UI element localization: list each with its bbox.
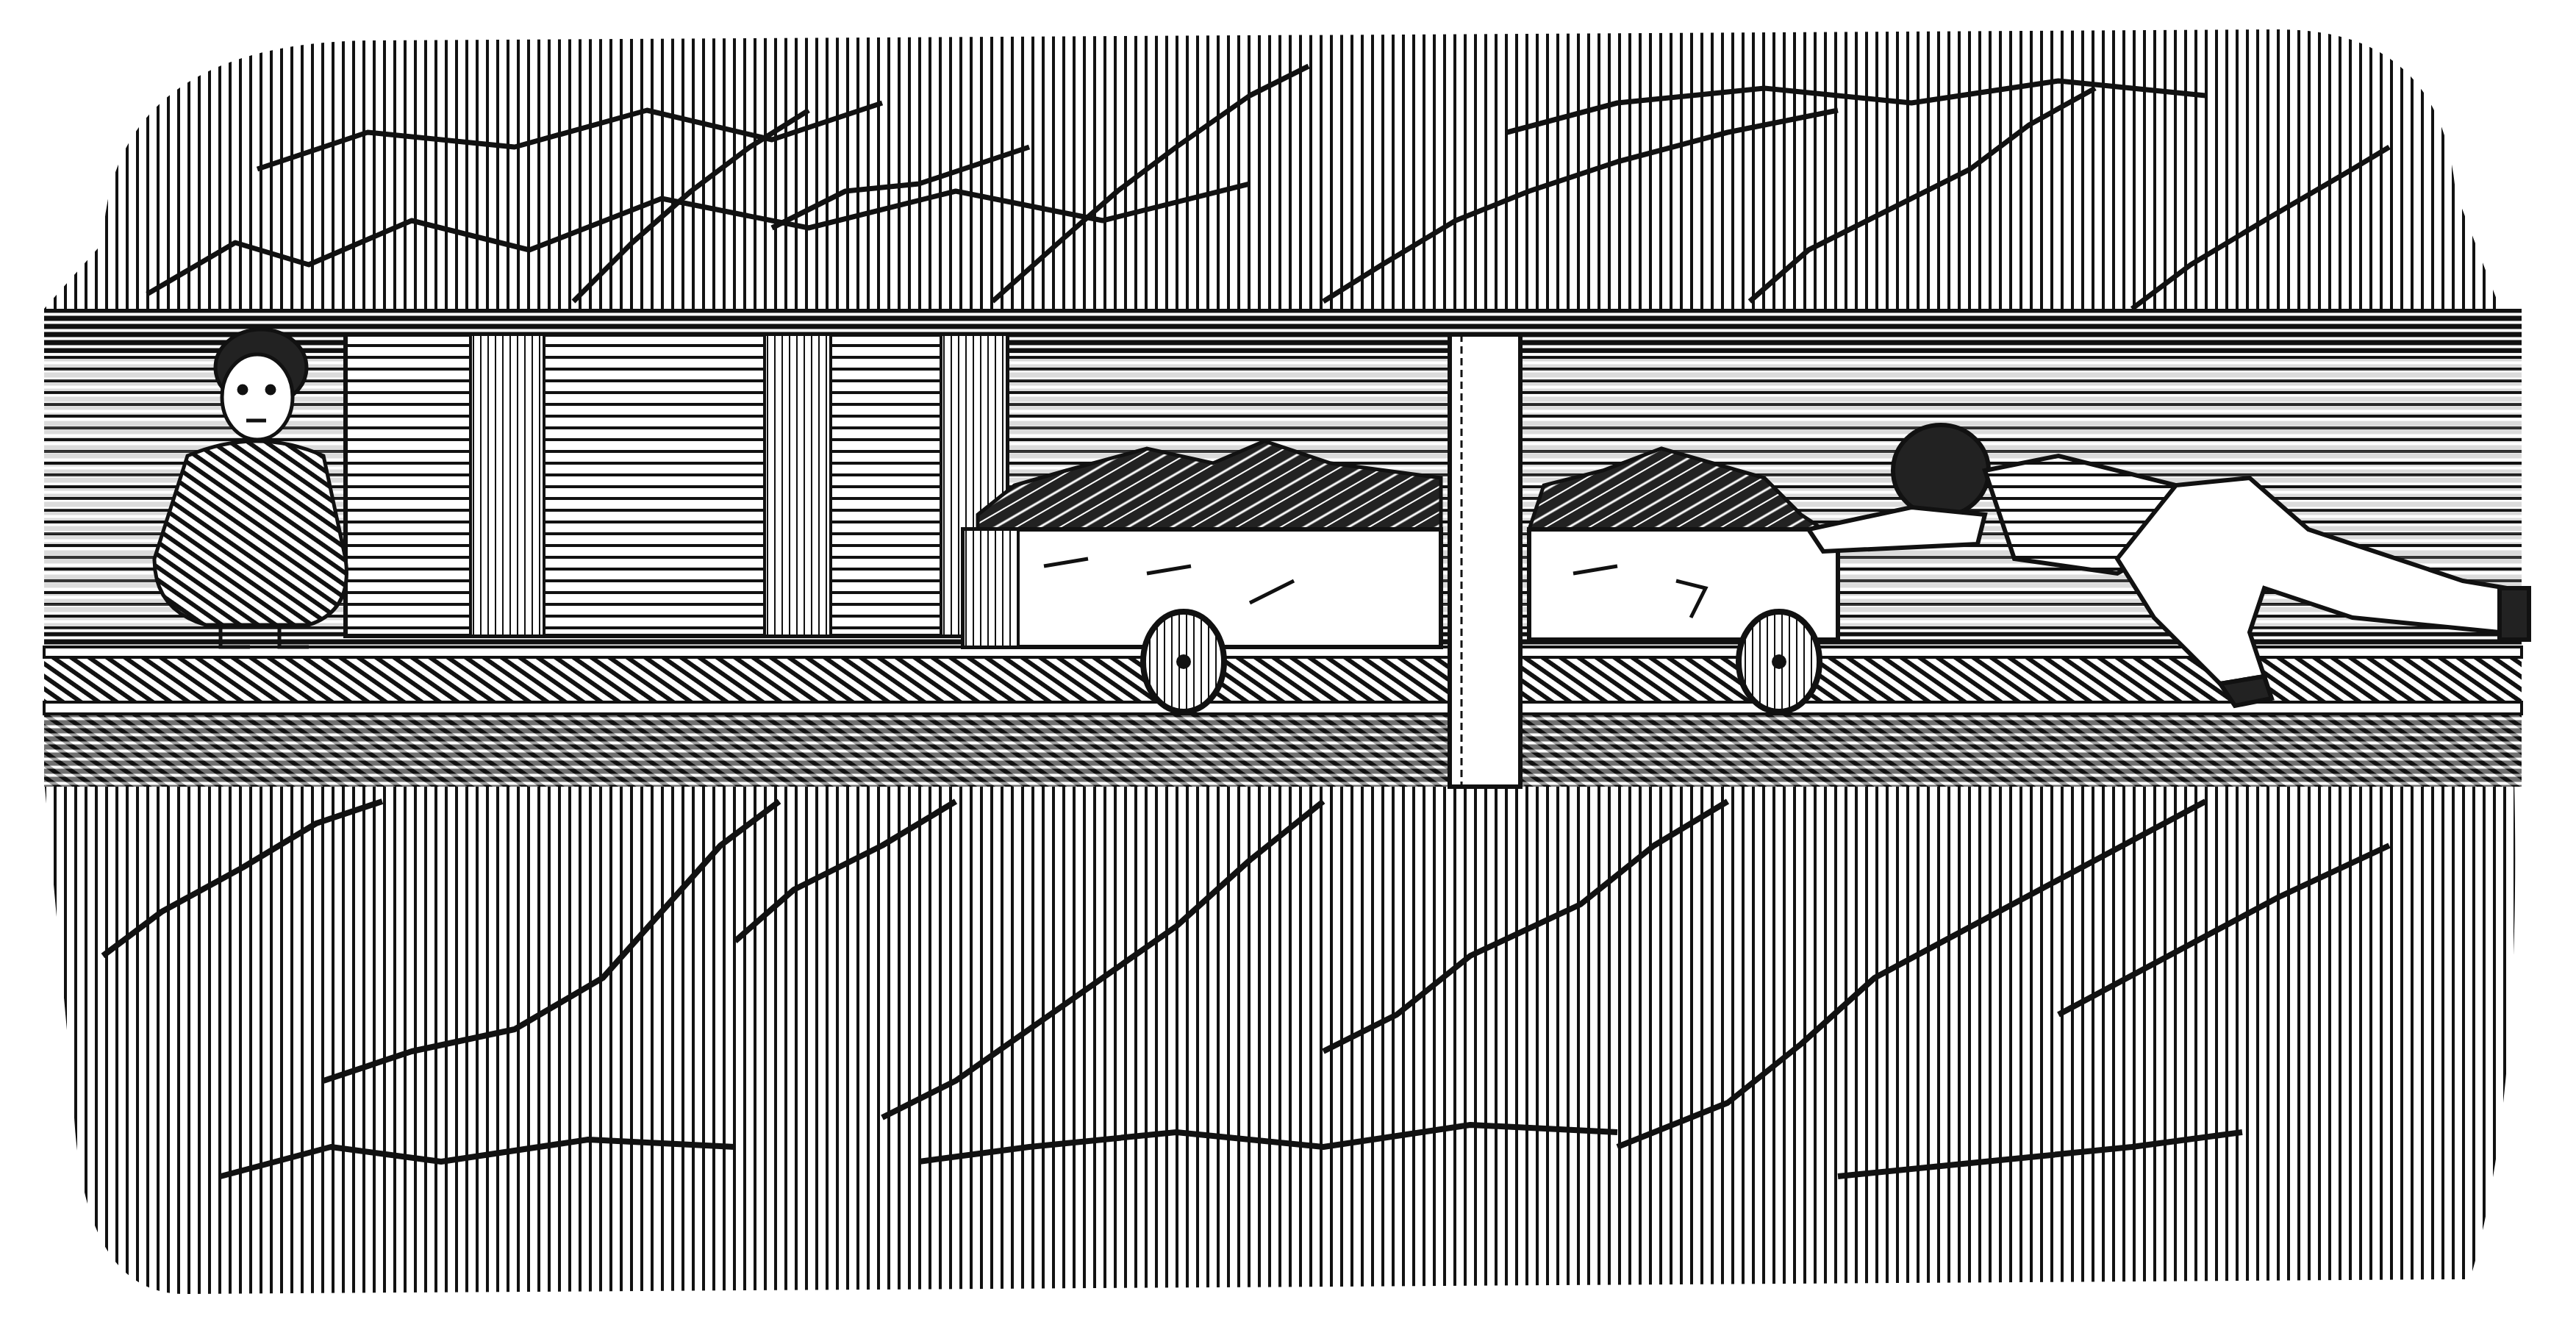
trapper-face [222,354,293,440]
pit-prop [1450,335,1520,787]
engraving-illustration [0,0,2576,1330]
hurrier-hair [1893,425,1989,516]
ventilation-door [346,335,1007,636]
tub-wheel-right [1739,612,1820,712]
tub-wheel-left [1143,612,1224,712]
trapper-body [154,441,346,625]
rail-lower [44,702,2522,714]
